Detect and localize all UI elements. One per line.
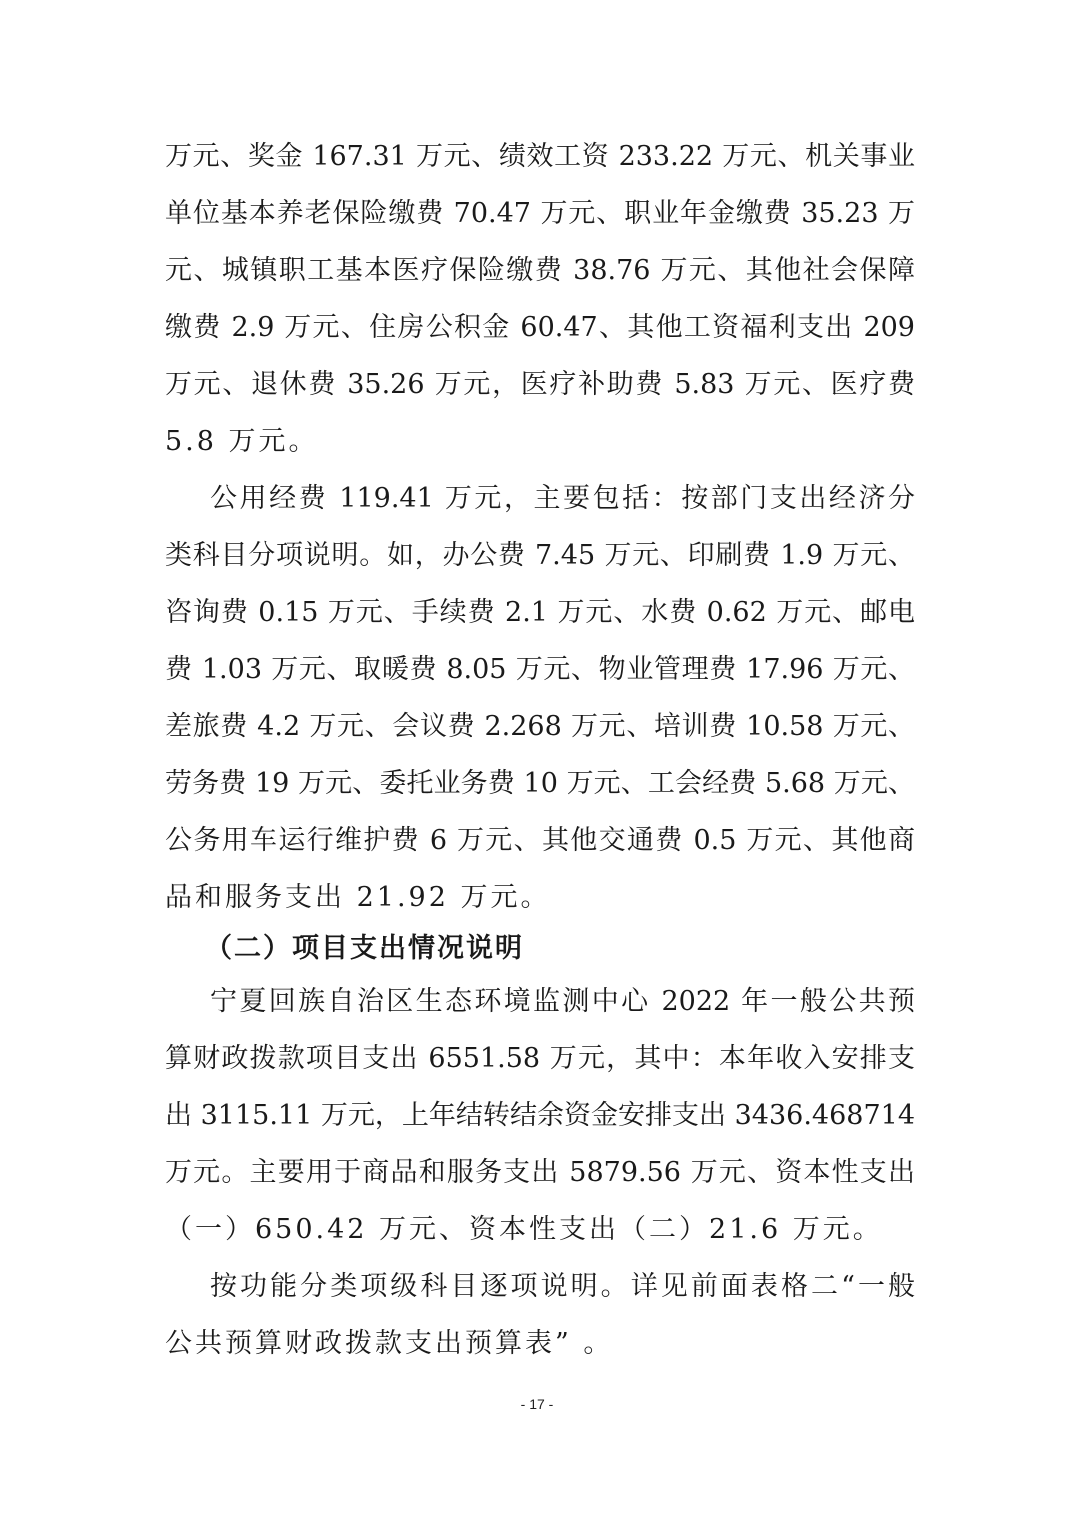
paragraph-line: 差旅费 4.2 万元、会议费 2.268 万元、培训费 10.58 万元、: [165, 707, 915, 747]
paragraph-line: 品和服务支出 21.92 万元。: [165, 878, 915, 918]
paragraph-line: 类科目分项说明。如，办公费 7.45 万元、印刷费 1.9 万元、: [165, 536, 915, 576]
paragraph-line: （一）650.42 万元、资本性支出（二）21.6 万元。: [165, 1210, 915, 1250]
paragraph-line: 缴费 2.9 万元、住房公积金 60.47、其他工资福利支出 209: [165, 308, 915, 348]
paragraph-first-line: 宁夏回族自治区生态环境监测中心 2022 年一般公共预: [210, 982, 915, 1022]
paragraph-line: 元、城镇职工基本医疗保险缴费 38.76 万元、其他社会保障: [165, 251, 915, 291]
paragraph-line: 公务用车运行维护费 6 万元、其他交通费 0.5 万元、其他商: [165, 821, 915, 861]
paragraph-line: 公共预算财政拨款支出预算表” 。: [165, 1324, 915, 1364]
paragraph-line: 万元。主要用于商品和服务支出 5879.56 万元、资本性支出: [165, 1153, 915, 1193]
paragraph-line: 5.8 万元。: [165, 422, 915, 462]
paragraph-line: 万元、奖金 167.31 万元、绩效工资 233.22 万元、机关事业: [165, 137, 915, 177]
paragraph-line: 算财政拨款项目支出 6551.58 万元，其中：本年收入安排支: [165, 1039, 915, 1079]
section-heading: （二）项目支出情况说明: [205, 929, 955, 969]
paragraph-first-line: 公用经费 119.41 万元，主要包括：按部门支出经济分: [210, 479, 915, 519]
paragraph-line: 出 3115.11 万元，上年结转结余资金安排支出 3436.468714: [165, 1096, 915, 1136]
paragraph-line: 单位基本养老保险缴费 70.47 万元、职业年金缴费 35.23 万: [165, 194, 915, 234]
paragraph-line: 劳务费 19 万元、委托业务费 10 万元、工会经费 5.68 万元、: [165, 764, 915, 804]
paragraph-line: 万元、退休费 35.26 万元，医疗补助费 5.83 万元、医疗费: [165, 365, 915, 405]
paragraph-line: 咨询费 0.15 万元、手续费 2.1 万元、水费 0.62 万元、邮电: [165, 593, 915, 633]
page-number: - 17 -: [0, 1396, 1074, 1412]
document-page: 万元、奖金 167.31 万元、绩效工资 233.22 万元、机关事业 单位基本…: [0, 0, 1074, 1520]
paragraph-line: 费 1.03 万元、取暖费 8.05 万元、物业管理费 17.96 万元、: [165, 650, 915, 690]
paragraph-first-line: 按功能分类项级科目逐项说明。详见前面表格二“一般: [210, 1267, 915, 1307]
